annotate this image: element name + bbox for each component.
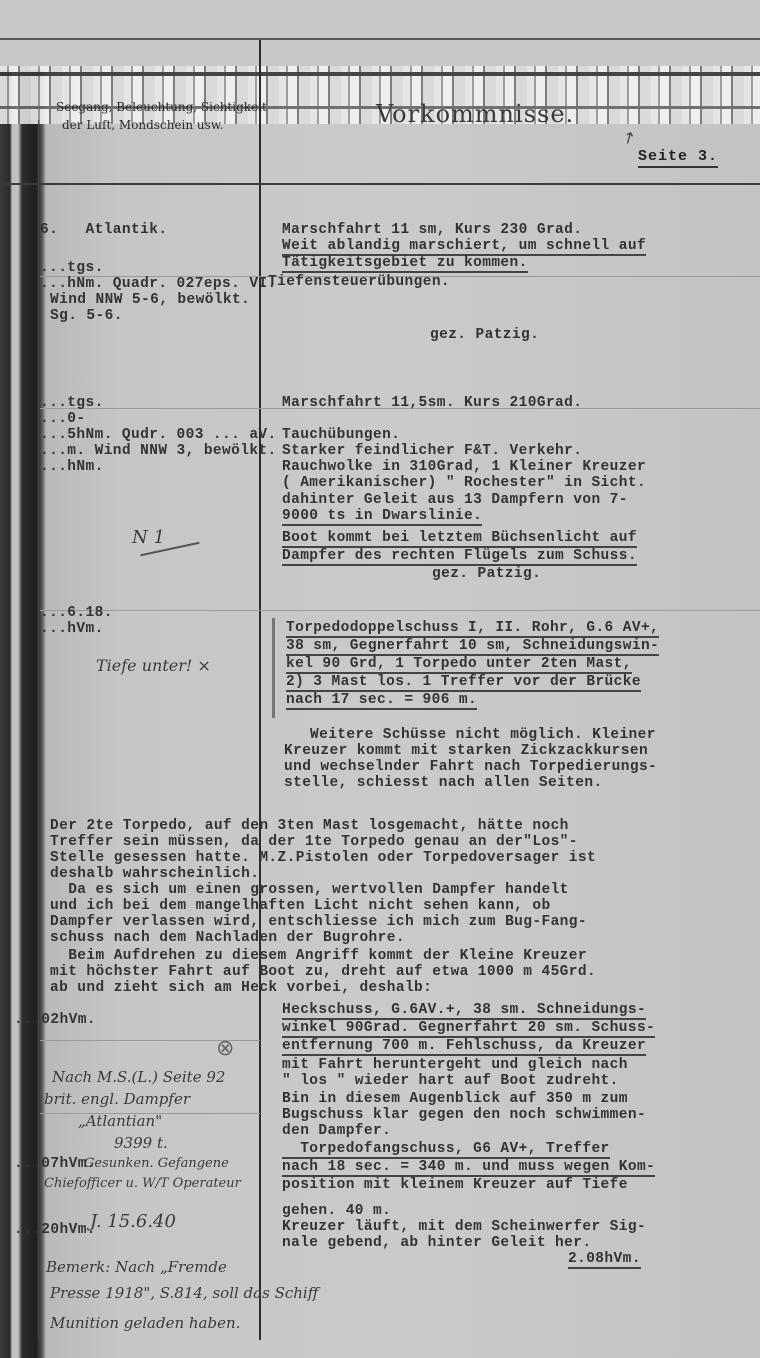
entry3-right: 38 sm, Gegnerfahrt 10 sm, Schneidungswin… [286,638,659,656]
entry5-right: Kreuzer läuft, mit dem Scheinwerfer Sig- [282,1219,646,1235]
entry5-time-1: ...02hVm. [14,1012,96,1028]
handwritten-note: Tiefe unter! × [96,656,211,675]
entry2-right: Rauchwolke in 310Grad, 1 Kleiner Kreuzer [282,459,646,475]
handwritten-ship-name: „Atlantian" [78,1112,162,1131]
full-paragraph: Da es sich um einen grossen, wertvollen … [50,882,569,898]
entry2-right: Marschfahrt 11,5sm. Kurs 210Grad. [282,395,582,411]
entry2-left: ...0- [40,411,86,427]
entry1-left: Sg. 5-6. [50,308,123,324]
entry5-right: gehen. 40 m. [282,1203,391,1219]
page-number: Seite 3. [638,148,718,168]
entry5-right: mit Fahrt heruntergeht und gleich nach [282,1057,628,1073]
entry2-left: ...hNm. [40,459,104,475]
entry1-left: Wind NNW 5-6, bewölkt. [50,292,250,308]
entry1-right: Marschfahrt 11 sm, Kurs 230 Grad. [282,222,582,238]
entry5-right: entfernung 700 m. Fehlschuss, da Kreuzer [282,1038,646,1056]
full-paragraph: mit höchster Fahrt auf Boot zu, dreht au… [50,964,596,980]
handwritten-footnote: Presse 1918", S.814, soll das Schiff [50,1284,318,1303]
full-paragraph: deshalb wahrscheinlich. [50,866,259,882]
entry2-left: ...5hNm. Qudr. 003 ... aV. [40,427,277,443]
entry3-right: 2) 3 Mast los. 1 Treffer vor der Brücke [286,674,641,692]
header-rule [0,183,760,185]
handwritten-footnote: Bemerk: Nach „Fremde [46,1258,227,1277]
column-divider [259,40,261,1340]
entry1-right: Tiefensteuerübungen. [268,274,450,290]
entry5-right: den Dampfer. [282,1123,391,1139]
full-paragraph: Beim Aufdrehen zu diesem Angriff kommt d… [50,948,587,964]
entry3-paragraph: Weitere Schüsse nicht möglich. Kleiner [310,727,656,743]
entry5-time-3: ...20hVm. [14,1222,96,1238]
entry3-right: nach 17 sec. = 906 m. [286,692,477,710]
signature: gez. Patzig. [432,566,541,582]
handwritten-result: Gesunken. Gefangene [84,1154,229,1173]
ruled-line [40,610,760,611]
entry2-right: Dampfer des rechten Flügels zum Schuss. [282,548,637,566]
full-paragraph: und ich bei dem mangelhaften Licht nicht… [50,898,551,914]
entry1-right: Tätigkeitsgebiet zu kommen. [282,255,528,273]
entry2-right: Boot kommt bei letztem Büchsenlicht auf [282,530,637,548]
entry2-left: ...tgs. [40,395,104,411]
entry3-right: Torpedodoppelschuss I, II. Rohr, G.6 AV+… [286,620,659,638]
entry5-time: 2.08hVm. [568,1251,641,1269]
entry5-right: position mit kleinem Kreuzer auf Tiefe [282,1177,628,1193]
entry5-right: Bin in diesem Augenblick auf 350 m zum [282,1091,628,1107]
entry5-right: nach 18 sec. = 340 m. und muss wegen Kom… [282,1159,655,1177]
header-left-line-1: Seegang, Beleuchtung, Sichtigkeit [56,100,267,114]
handwritten-tonnage: 9399 t. [114,1134,168,1153]
full-paragraph: schuss nach dem Nachladen der Bugrohre. [50,930,405,946]
document-page: Seegang, Beleuchtung, Sichtigkeit der Lu… [0,0,760,1358]
entry2-left: ...m. Wind NNW 3, bewölkt. [40,443,277,459]
entry1-right: Weit ablandig marschiert, um schnell auf [282,238,646,256]
handwritten-footnote: Munition geladen haben. [50,1314,240,1333]
header-left-line-2: der Luft, Mondschein usw. [62,118,223,132]
entry2-right: Tauchübungen. [282,427,400,443]
full-paragraph: Der 2te Torpedo, auf den 3ten Mast losge… [50,818,569,834]
entry5-right: nale gebend, ab hinter Geleit her. [282,1235,591,1251]
entry1-left: ...hNm. Quadr. 027eps. VI. [40,276,277,292]
entry3-left: ...6.18. [40,605,113,621]
full-paragraph: Treffer sein müssen, da der 1te Torpedo … [50,834,578,850]
entry2-right: dahinter Geleit aus 13 Dampfern von 7- [282,492,628,508]
handwritten-initials-date: J. 15.6.40 [90,1212,176,1231]
header-right: Vorkommnisse. [376,100,574,128]
handwritten-ship-ref: Nach M.S.(L.) Seite 92 [52,1068,225,1087]
full-paragraph: Dampfer verlassen wird, entschliesse ich… [50,914,587,930]
entry3-left: ...hVm. [40,621,104,637]
stamp-circle-icon: ⊗ [216,1036,234,1061]
entry1-left: 6. Atlantik. [40,222,167,238]
full-paragraph: ab und zieht sich am Heck vorbei, deshal… [50,980,432,996]
arrow-mark-icon: ↗ [618,126,639,149]
entry2-right: 9000 ts in Dwarslinie. [282,508,482,526]
entry3-paragraph: Kreuzer kommt mit starken Zickzackkursen [284,743,648,759]
entry5-right: winkel 90Grad. Gegnerfahrt 20 sm. Schuss… [282,1020,655,1038]
handwritten-note: N 1 [132,528,165,547]
handwritten-result: Chiefofficer u. W/T Operateur [44,1174,241,1193]
entry3-paragraph: stelle, schiesst nach allen Seiten. [284,775,603,791]
entry3-paragraph: und wechselnder Fahrt nach Torpedierungs… [284,759,657,775]
handwritten-ship-ref: brit. engl. Dampfer [44,1090,190,1109]
entry2-right: Starker feindlicher F&T. Verkehr. [282,443,582,459]
entry5-right: Bugschuss klar gegen den noch schwimmen- [282,1107,646,1123]
entry5-right: Torpedofangschuss, G6 AV+, Treffer [282,1141,610,1159]
entry1-left: ...tgs. [40,260,104,276]
margin-bar [272,618,275,718]
entry3-right: kel 90 Grd, 1 Torpedo unter 2ten Mast, [286,656,632,674]
full-paragraph: Stelle gesessen hatte. M.Z.Pistolen oder… [50,850,596,866]
entry2-right: ( Amerikanischer) " Rochester" in Sicht. [282,475,646,491]
entry5-right: " los " wieder hart auf Boot zudreht. [282,1073,619,1089]
entry5-right: Heckschuss, G.6AV.+, 38 sm. Schneidungs- [282,1002,646,1020]
signature: gez. Patzig. [430,327,539,343]
top-edge [0,0,760,70]
